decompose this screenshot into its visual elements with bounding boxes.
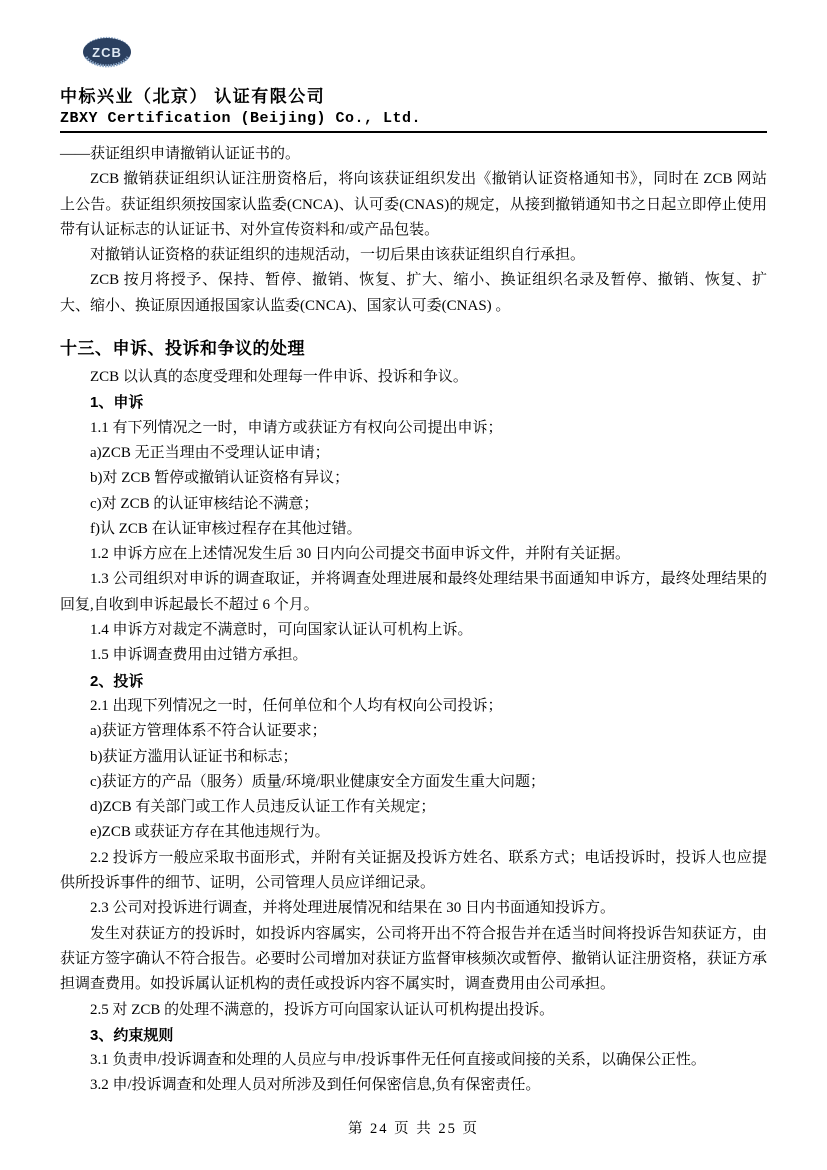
paragraph: ZCB 撤销获证组织认证注册资格后，将向该获证组织发出《撤销认证资格通知书》，同…	[60, 167, 767, 243]
paragraph: 发生对获证方的投诉时，如投诉内容属实，公司将开出不符合报告并在适当时间将投诉告知…	[60, 922, 767, 998]
paragraph: a)获证方管理体系不符合认证要求；	[60, 719, 767, 744]
paragraph: a)ZCB 无正当理由不受理认证申请；	[60, 441, 767, 466]
paragraph: 2.3 公司对投诉进行调查，并将处理进展情况和结果在 30 日内书面通知投诉方。	[60, 896, 767, 921]
paragraph: b)对 ZCB 暂停或撤销认证资格有异议；	[60, 466, 767, 491]
paragraph: 1.2 申诉方应在上述情况发生后 30 日内向公司提交书面申诉文件，并附有关证据…	[60, 542, 767, 567]
paragraph: 3.1 负责申/投诉调查和处理的人员应与申/投诉事件无任何直接或间接的关系，以确…	[60, 1048, 767, 1073]
logo-text: ZCB	[92, 45, 122, 60]
paragraph: 对撤销认证资格的获证组织的违规活动，一切后果由该获证组织自行承担。	[60, 243, 767, 268]
paragraph: 1.5 申诉调查费用由过错方承担。	[60, 643, 767, 668]
sub-heading: 2、投诉	[60, 669, 767, 694]
paragraph: 1.4 申诉方对裁定不满意时，可向国家认证认可机构上诉。	[60, 618, 767, 643]
page-footer: 第 24 页 共 25 页	[0, 1117, 827, 1138]
document-page: ZCB 中标兴业（北京） 认证有限公司 ZBXY Certification (…	[0, 0, 827, 1170]
paragraph: ZCB 以认真的态度受理和处理每一件申诉、投诉和争议。	[60, 365, 767, 390]
company-name-en: ZBXY Certification (Beijing) Co., Ltd.	[60, 110, 767, 127]
company-logo: ZCB	[78, 26, 136, 76]
page-number: 第 24 页 共 25 页	[348, 1121, 479, 1137]
paragraph: 1.1 有下列情况之一时，申请方或获证方有权向公司提出申诉；	[60, 416, 767, 441]
paragraph: c)获证方的产品（服务）质量/环境/职业健康安全方面发生重大问题；	[60, 770, 767, 795]
zcb-logo-icon: ZCB	[78, 26, 136, 76]
paragraph: 2.2 投诉方一般应采取书面形式，并附有关证据及投诉方姓名、联系方式；电话投诉时…	[60, 846, 767, 897]
paragraph: 1.3 公司组织对申诉的调查取证，并将调查处理进展和最终处理结果书面通知申诉方，…	[60, 567, 767, 618]
paragraph: c)对 ZCB 的认证审核结论不满意；	[60, 492, 767, 517]
section-heading: 十三、申诉、投诉和争议的处理	[60, 335, 767, 362]
header-divider	[60, 131, 767, 133]
paragraph: d)ZCB 有关部门或工作人员违反认证工作有关规定；	[60, 795, 767, 820]
letterhead: ZCB 中标兴业（北京） 认证有限公司 ZBXY Certification (…	[60, 26, 767, 133]
sub-heading: 3、约束规则	[60, 1023, 767, 1048]
paragraph: ZCB 按月将授予、保持、暂停、撤销、恢复、扩大、缩小、换证组织名录及暂停、撤销…	[60, 268, 767, 319]
paragraph: e)ZCB 或获证方存在其他违规行为。	[60, 820, 767, 845]
document-body: ——获证组织申请撤销认证证书的。ZCB 撤销获证组织认证注册资格后，将向该获证组…	[60, 142, 767, 1099]
paragraph: 2.1 出现下列情况之一时，任何单位和个人均有权向公司投诉；	[60, 694, 767, 719]
paragraph: 3.2 申/投诉调查和处理人员对所涉及到任何保密信息,负有保密责任。	[60, 1073, 767, 1098]
company-name-cn: 中标兴业（北京） 认证有限公司	[60, 82, 767, 107]
paragraph: b)获证方滥用认证证书和标志；	[60, 745, 767, 770]
sub-heading: 1、申诉	[60, 390, 767, 415]
paragraph: 2.5 对 ZCB 的处理不满意的，投诉方可向国家认证认可机构提出投诉。	[60, 998, 767, 1023]
paragraph: f)认 ZCB 在认证审核过程存在其他过错。	[60, 517, 767, 542]
paragraph: ——获证组织申请撤销认证证书的。	[60, 142, 767, 167]
